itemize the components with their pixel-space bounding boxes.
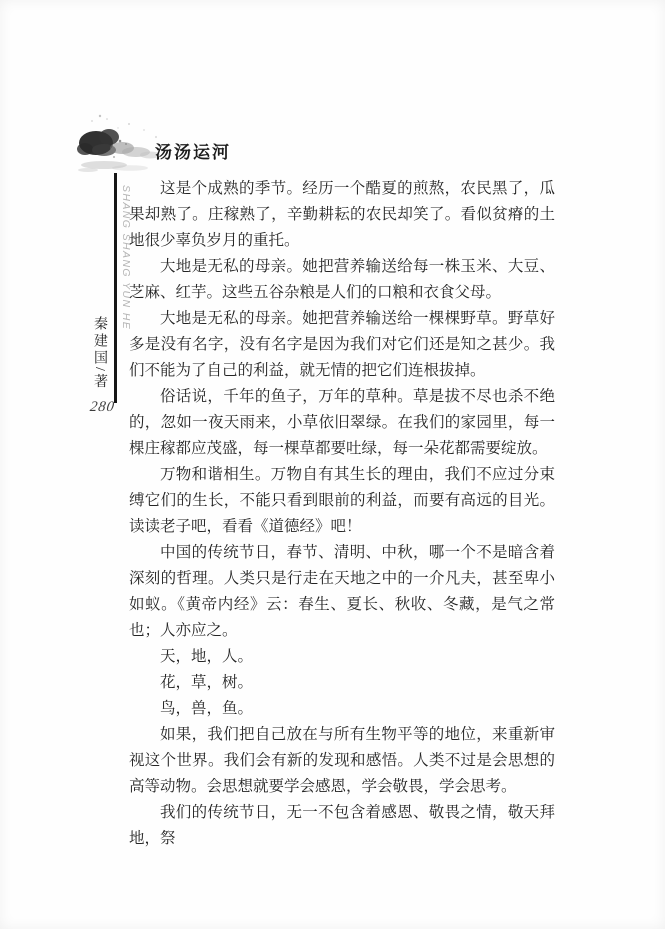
paragraph: 中国的传统节日，春节、清明、中秋，哪一个不是暗含着深刻的哲理。人类只是行走在天地… xyxy=(129,540,555,644)
vertical-rule xyxy=(114,173,117,403)
body-text: 这是个成熟的季节。经历一个酷夏的煎熬，农民黑了，瓜果却熟了。庄稼熟了，辛勤耕耘的… xyxy=(129,176,555,852)
paragraph: 如果，我们把自己放在与所有生物平等的地位，来重新审视这个世界。我们会有新的发现和… xyxy=(129,722,555,800)
paragraph: 花，草，树。 xyxy=(129,670,555,696)
paragraph: 我们的传统节日，无一不包含着感恩、敬畏之情，敬天拜地，祭 xyxy=(129,800,555,852)
paragraph: 大地是无私的母亲。她把营养输送给每一株玉米、大豆、芝麻、红芋。这些五谷杂粮是人们… xyxy=(129,254,555,306)
paragraph: 万物和谐相生。万物自有其生长的理由，我们不应过分束缚它们的生长，不能只看到眼前的… xyxy=(129,462,555,540)
paragraph: 大地是无私的母亲。她把营养输送给一棵棵野草。野草好多是没有名字，没有名字是因为我… xyxy=(129,306,555,384)
paragraph: 这是个成熟的季节。经历一个酷夏的煎熬，农民黑了，瓜果却熟了。庄稼熟了，辛勤耕耘的… xyxy=(129,176,555,254)
paragraph: 鸟，兽，鱼。 xyxy=(129,696,555,722)
ink-wash-painting-icon xyxy=(74,110,166,174)
book-title: 汤汤运河 xyxy=(155,138,231,163)
paragraph: 俗话说，千年的鱼子，万年的草种。草是拔不尽也杀不绝的，忽如一夜天雨来，小草依旧翠… xyxy=(129,384,555,462)
author-label: 秦建国/著 xyxy=(89,316,109,391)
paragraph: 天，地，人。 xyxy=(129,644,555,670)
book-page: 汤汤运河 SHANG SHANG YUN HE 秦建国/著 280 这是个成熟的… xyxy=(0,0,665,929)
page-number: 280 xyxy=(89,399,116,416)
